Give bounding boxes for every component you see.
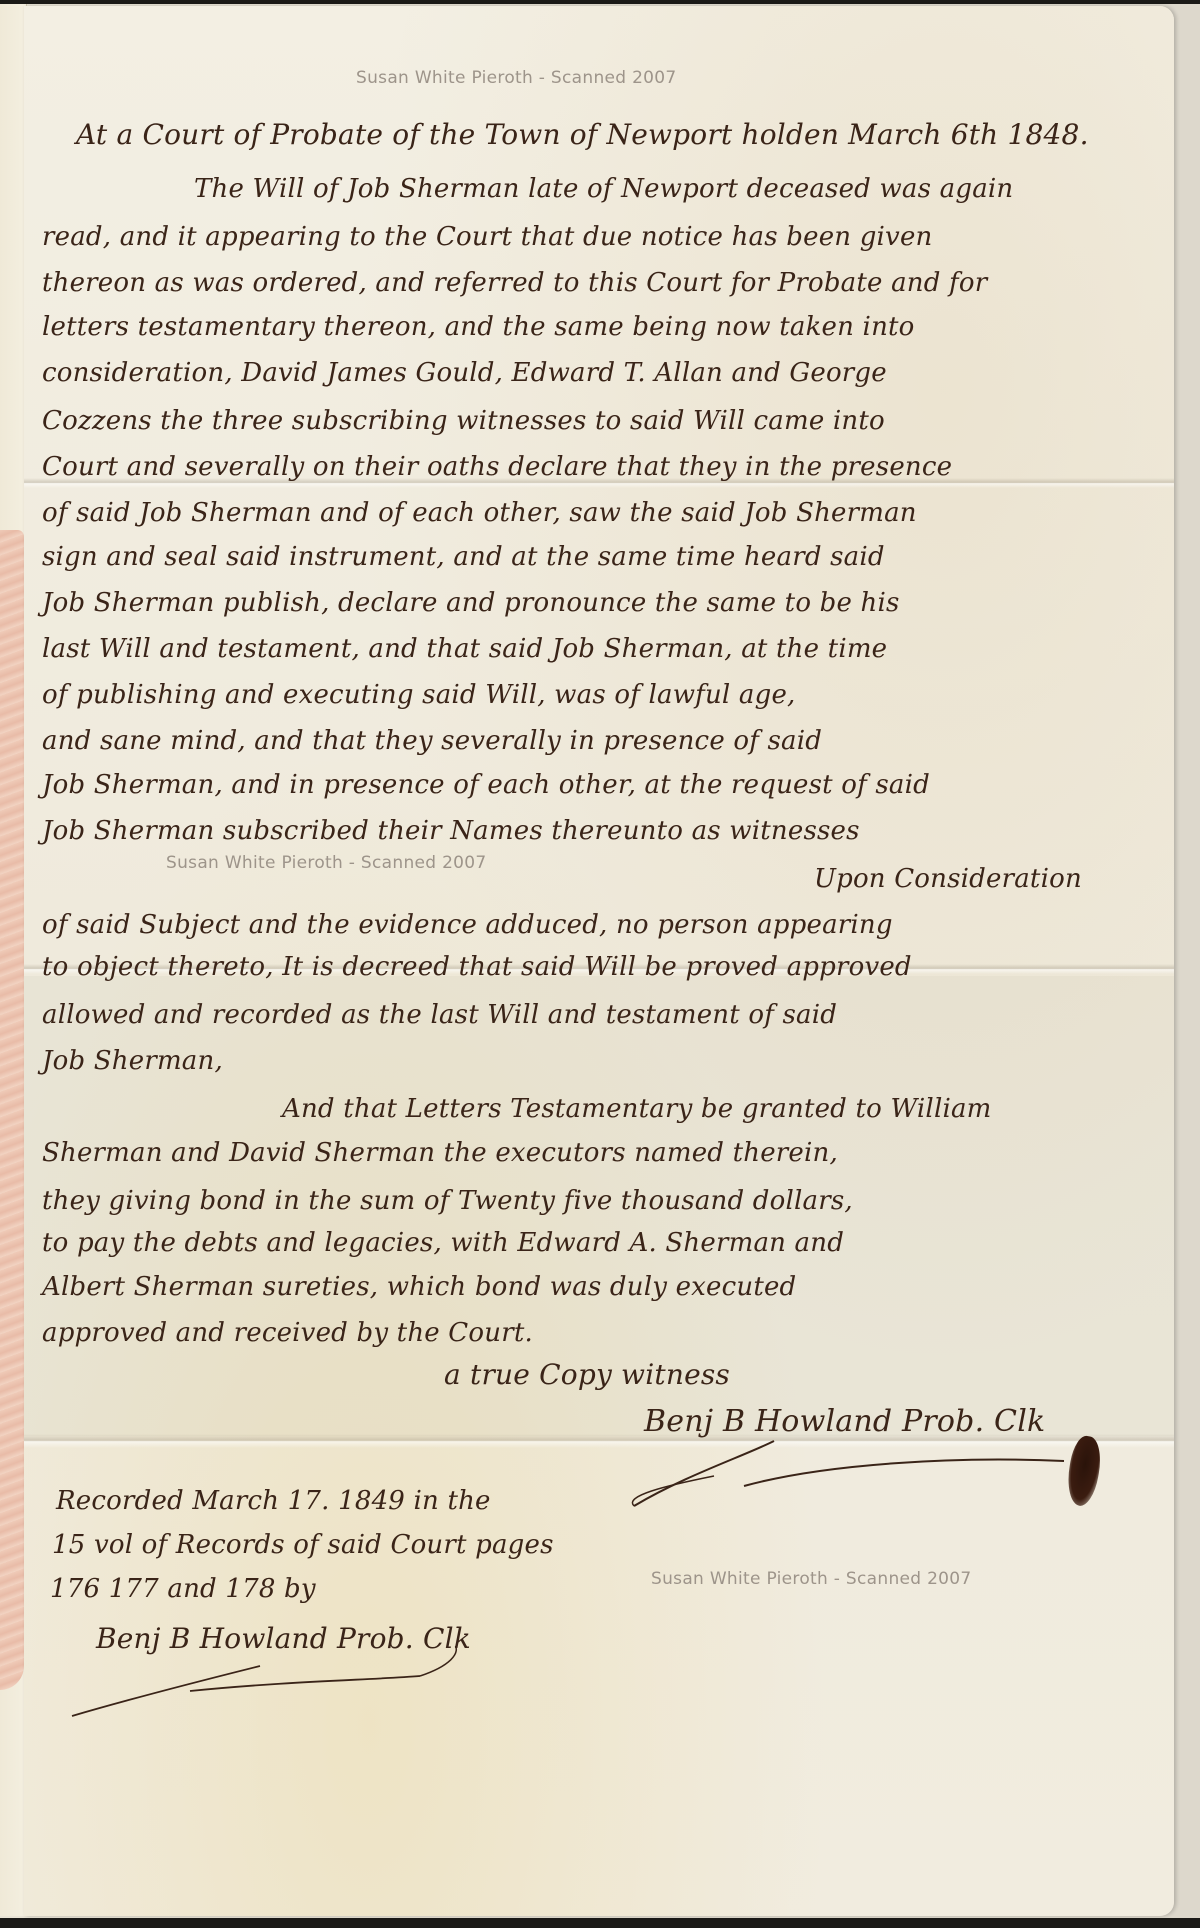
watermark: Susan White Pieroth - Scanned 2007 [356, 68, 677, 88]
body-line: Court and severally on their oaths decla… [42, 452, 952, 482]
body-line: they giving bond in the sum of Twenty fi… [42, 1186, 853, 1216]
body-line: allowed and recorded as the last Will an… [42, 1000, 837, 1030]
clerk-signature: Benj B Howland Prob. Clk [644, 1404, 1045, 1439]
body-line: read, and it appearing to the Court that… [42, 222, 932, 252]
pink-ribbon [0, 530, 24, 1690]
watermark: Susan White Pieroth - Scanned 2007 [651, 1569, 972, 1589]
body-line: Job Sherman publish, declare and pronoun… [42, 588, 900, 618]
recording-note-line: 15 vol of Records of said Court pages [52, 1530, 554, 1560]
body-line: Sherman and David Sherman the executors … [42, 1138, 838, 1168]
body-line: letters testamentary thereon, and the sa… [42, 312, 915, 342]
body-line: consideration, David James Gould, Edward… [42, 358, 887, 388]
recording-note-line: 176 177 and 178 by [50, 1574, 316, 1604]
body-line: to object thereto, It is decreed that sa… [42, 952, 912, 982]
body-line: and sane mind, and that they severally i… [42, 726, 822, 756]
recording-note-line: Recorded March 17. 1849 in the [56, 1486, 491, 1516]
body-line: Job Sherman, [42, 1046, 223, 1076]
signature-flourish [624, 1436, 1094, 1516]
body-line: Albert Sherman sureties, which bond was … [42, 1272, 796, 1302]
body-line: Job Sherman, and in presence of each oth… [42, 770, 930, 800]
signature-flourish [60, 1646, 480, 1726]
document-page: Susan White Pieroth - Scanned 2007 Susan… [24, 6, 1174, 1916]
body-line: The Will of Job Sherman late of Newport … [194, 174, 1013, 204]
body-line: Upon Consideration [814, 864, 1082, 894]
body-line: And that Letters Testamentary be granted… [282, 1094, 992, 1124]
body-line: of publishing and executing said Will, w… [42, 680, 796, 710]
body-line: of said Subject and the evidence adduced… [42, 910, 893, 940]
body-line: to pay the debts and legacies, with Edwa… [42, 1228, 844, 1258]
body-line: last Will and testament, and that said J… [42, 634, 887, 664]
body-line: Job Sherman subscribed their Names there… [42, 816, 860, 846]
body-line: thereon as was ordered, and referred to … [42, 268, 987, 298]
document-heading: At a Court of Probate of the Town of New… [76, 118, 1089, 151]
body-line: approved and received by the Court. [42, 1318, 533, 1348]
body-line: of said Job Sherman and of each other, s… [42, 498, 917, 528]
body-line: Cozzens the three subscribing witnesses … [42, 406, 885, 436]
attestation: a true Copy witness [444, 1358, 730, 1391]
body-line: sign and seal said instrument, and at th… [42, 542, 885, 572]
watermark: Susan White Pieroth - Scanned 2007 [166, 853, 487, 873]
